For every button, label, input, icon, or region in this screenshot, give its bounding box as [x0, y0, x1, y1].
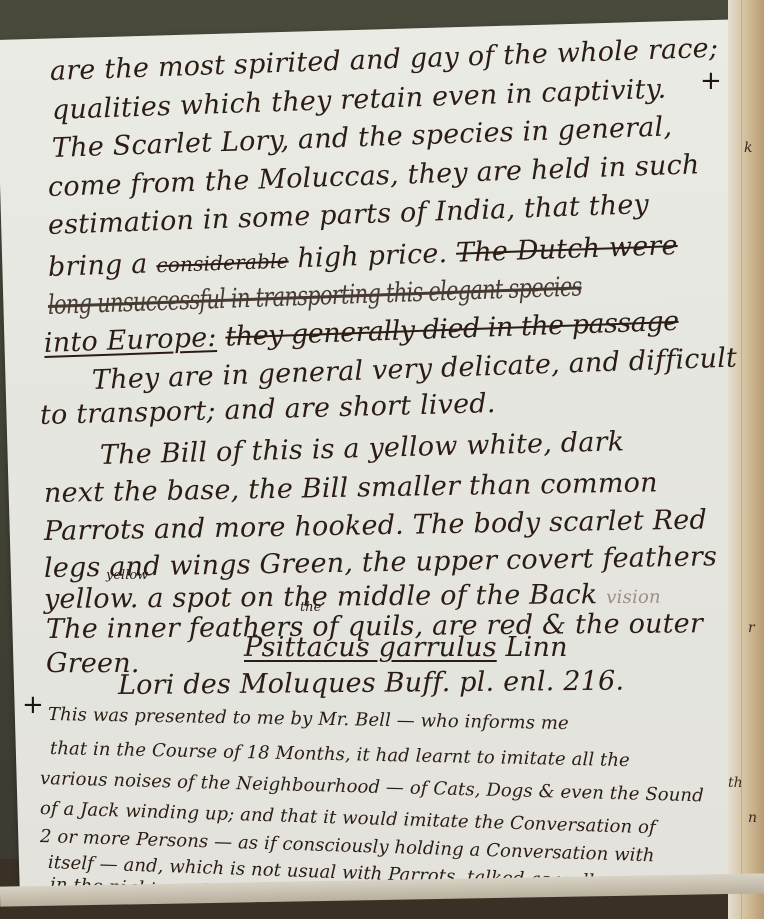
handwritten-text: are the most spirited and gay of the who…: [0, 0, 764, 919]
footnote-marker-cross: +: [22, 690, 44, 720]
margin-mark-3: th: [728, 775, 743, 791]
species-latin-line: Psittacus garrulus Linn: [244, 632, 568, 663]
margin-mark-2: r: [748, 620, 755, 636]
margin-mark-1: k: [744, 140, 752, 156]
scribbled-line-2: they generally died in the passage: [225, 306, 679, 353]
footnote-cross-marker: +: [700, 66, 722, 96]
into-europe: into Europe:: [43, 322, 217, 359]
latin-name: Psittacus garrulus: [244, 632, 497, 663]
margin-mark-4: n: [748, 810, 757, 826]
struck-dutch-were: The Dutch were: [456, 230, 679, 269]
footnote-line-1: This was presented to me by Mr. Bell — w…: [48, 704, 569, 734]
text-line-12: next the base, the Bill smaller than com…: [44, 467, 658, 509]
footnote-line-2: that in the Course of 18 Months, it had …: [50, 738, 630, 771]
text-line-6: bring a considerable high price. The Dut…: [47, 230, 678, 283]
buffon-reference: Lori des Moluques Buff. pl. enl. 216.: [118, 666, 624, 701]
bring-a: bring a: [47, 249, 148, 283]
text-line-13: Parrots and more hooked. The body scarle…: [44, 504, 707, 547]
struck-considerable: considerable: [156, 249, 289, 278]
inserted-yellow: yellow: [106, 568, 148, 583]
the-inner: The inner: [46, 613, 180, 645]
yellow-word: yellow.: [44, 583, 139, 615]
latin-authority: Linn: [506, 632, 568, 663]
text-line-11: The Bill of this is a yellow white, dark: [100, 426, 625, 471]
high-price: high price.: [297, 238, 448, 274]
faint-pencil-word: vision: [606, 587, 661, 608]
